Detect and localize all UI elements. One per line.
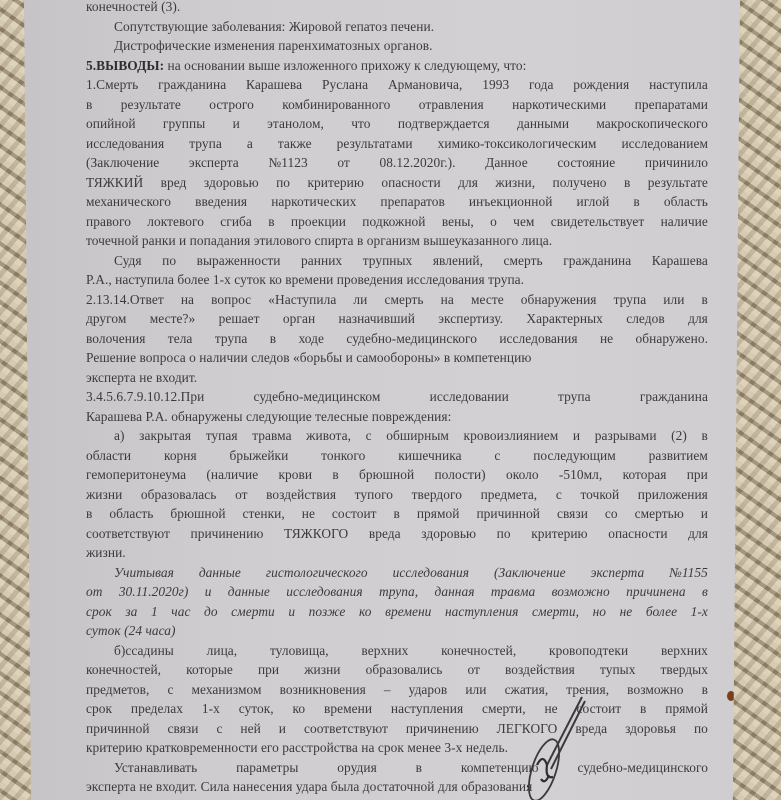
word: кишечника <box>398 446 461 466</box>
word: стенки, <box>243 504 285 524</box>
word: результате <box>648 173 708 193</box>
word: правого <box>86 212 131 232</box>
line-text: конечностей (3). <box>86 0 180 17</box>
word: 08.12.2020г.). <box>379 153 455 173</box>
text-line: врезультатеострогокомбинированногоотравл… <box>86 95 708 115</box>
word: в <box>394 504 400 524</box>
word: судебно-медицинского <box>346 329 477 349</box>
word: при <box>258 660 279 680</box>
line-text: на основании выше изложенного прихожу к … <box>164 56 526 76</box>
word: вреда <box>369 524 401 544</box>
word: ко <box>293 699 306 719</box>
word: 1 <box>151 602 158 622</box>
word: и <box>205 582 212 602</box>
text-line: причиннойсвязиснейисоответствуютпричинен… <box>86 719 708 739</box>
text-line: Р.А., наступила более 1-х суток ко време… <box>86 270 708 290</box>
word: ранних <box>301 251 342 271</box>
word: рождения <box>573 75 629 95</box>
word: назначивший <box>339 309 415 329</box>
word: для <box>688 309 708 329</box>
word: макроскопического <box>596 114 708 134</box>
word: смерти, <box>482 699 526 719</box>
word: воздействия <box>266 485 336 505</box>
word: (2) <box>671 426 687 446</box>
word: тупого <box>355 485 393 505</box>
text-line: б)ссадинылица,туловища,верхнихконечносте… <box>86 641 708 661</box>
word: в <box>270 329 276 349</box>
word: от <box>467 660 479 680</box>
word: ли <box>353 290 367 310</box>
word: в <box>702 680 708 700</box>
text-line: конечностей (3). <box>86 0 708 17</box>
word: механизмом <box>192 680 262 700</box>
word: следов <box>626 309 665 329</box>
word: брыжейки <box>230 446 289 466</box>
word: и <box>701 504 708 524</box>
word: опасности <box>381 173 440 193</box>
word: причинению <box>191 524 264 544</box>
word: проекции <box>291 212 346 232</box>
word: тупая <box>206 426 238 446</box>
word: исследованием <box>621 134 708 154</box>
word: и <box>233 114 240 134</box>
word: времени <box>385 602 431 622</box>
word: или <box>465 680 486 700</box>
text-line: опийнойгруппыиэтанолом,чтоподтверждается… <box>86 114 708 134</box>
word: соответствуют <box>304 719 388 739</box>
word: срок <box>86 699 112 719</box>
word: свидетельствует <box>551 212 645 232</box>
word: введения <box>195 192 247 212</box>
word: о <box>490 212 497 232</box>
section-heading: 5.ВЫВОДЫ: <box>86 56 164 76</box>
word: за <box>125 602 137 622</box>
word: вреда <box>575 719 607 739</box>
word: смерти <box>231 602 275 622</box>
word: верхних <box>661 641 708 661</box>
word: состоит <box>577 699 622 719</box>
word: исследования <box>86 134 164 154</box>
text-line: срокза1часдосмертиипозжековременинаступл… <box>86 602 708 622</box>
word: результате <box>121 95 181 115</box>
word: орган <box>283 309 315 329</box>
word: брюшной <box>359 465 414 485</box>
word: с <box>167 680 173 700</box>
word: группы <box>163 114 205 134</box>
word: орудия <box>337 758 377 778</box>
word: причинению <box>406 719 479 739</box>
word: наркотических <box>271 192 356 212</box>
word: Карашева <box>652 251 708 271</box>
word: в <box>268 212 274 232</box>
word: жизни, <box>495 173 535 193</box>
text-line: а)закрытаятупаятравмаживота,собширнымкро… <box>86 426 708 446</box>
word: вопрос <box>211 290 251 310</box>
word: наступления <box>445 602 519 622</box>
word: Руслана <box>322 75 368 95</box>
word: наступления <box>391 699 463 719</box>
text-line: Решение вопроса о наличии следов «борьбы… <box>86 348 708 368</box>
word: гражданина <box>640 387 708 407</box>
word: времени <box>324 699 372 719</box>
word: 1.Смерть <box>86 75 138 95</box>
word: приложения <box>638 485 708 505</box>
word: наркотическими <box>512 95 606 115</box>
word: и <box>573 426 580 446</box>
word: 1993 <box>482 75 509 95</box>
text-line: вобластьбрюшнойстенки,несостоитвпрямойпр… <box>86 504 708 524</box>
text-line: исследованиятрупаатакжерезультатамихимик… <box>86 134 708 154</box>
word: кровоизлиянием <box>464 426 559 446</box>
word: 1-х <box>202 699 220 719</box>
word: месте <box>471 290 504 310</box>
word: №1123 <box>268 153 307 173</box>
word: по <box>694 719 708 739</box>
word: образовалась <box>141 485 217 505</box>
line-text: Решение вопроса о наличии следов «борьбы… <box>86 348 531 368</box>
word: в <box>86 95 92 115</box>
text-line: жизниобразоваласьотвоздействиятупоготвер… <box>86 485 708 505</box>
word: с <box>556 485 562 505</box>
word: исследования <box>393 563 469 583</box>
word: месте?» <box>150 309 195 329</box>
word: (Заключение <box>494 563 566 583</box>
word: обнаружено. <box>636 329 708 349</box>
text-line: соответствуютпричинениюТЯЖКОГОвредаздоро… <box>86 524 708 544</box>
word: смерти, <box>532 602 579 622</box>
text-line: предметов,смеханизмомвозникновения–ударо… <box>86 680 708 700</box>
word: последующим <box>533 446 616 466</box>
word: в <box>702 582 708 602</box>
word: здоровья <box>625 719 676 739</box>
word: судебно-медицинском <box>254 387 381 407</box>
word: в <box>416 758 422 778</box>
word: Армановича, <box>388 75 462 95</box>
word: исследования <box>499 329 577 349</box>
word: сгиба <box>220 212 252 232</box>
word: инъекционной <box>469 192 553 212</box>
word: -510мл, <box>559 465 602 485</box>
word: вены, <box>442 212 474 232</box>
word: для <box>458 173 478 193</box>
word: на <box>441 290 454 310</box>
word: иглой <box>577 192 610 212</box>
word: связи <box>557 504 588 524</box>
word: трупа <box>558 387 591 407</box>
word: жизни <box>304 660 340 680</box>
line-text: Карашева Р.А. обнаружены следующие телес… <box>86 407 451 427</box>
word: 3.4.5.6.7.9.10.12.При <box>86 387 204 407</box>
line-text: Дистрофические изменения паренхиматозных… <box>114 36 432 56</box>
word: в <box>702 290 708 310</box>
text-line: от30.11.2020г)иданныеисследованиятрупа,д… <box>86 582 708 602</box>
word: трения, <box>566 680 609 700</box>
word: Данное <box>485 153 528 173</box>
word: крови <box>278 465 312 485</box>
text-line: суток (24 часа) <box>86 621 708 641</box>
word: данная <box>435 582 475 602</box>
word: волочения <box>86 329 145 349</box>
word: получено <box>553 173 607 193</box>
word: срок <box>86 602 112 622</box>
word: ней <box>240 719 260 739</box>
word: по <box>162 251 176 271</box>
word: данные <box>228 582 270 602</box>
text-line: Сопутствующие заболевания: Жировой гепат… <box>86 17 708 37</box>
text-line: волочениятелатрупавходесудебно-медицинск… <box>86 329 708 349</box>
word: прямой <box>665 699 708 719</box>
word: верхних <box>361 641 408 661</box>
word: в <box>86 504 92 524</box>
word: связи <box>168 719 199 739</box>
word: отравления <box>419 95 484 115</box>
word: лица, <box>207 641 238 661</box>
word: эксперта <box>189 153 239 173</box>
text-line: точечной ранки и попадания этилового спи… <box>86 231 708 251</box>
word: травма <box>491 582 535 602</box>
word: корня <box>164 446 197 466</box>
text-line: правоголоктевогосгибавпроекцииподкожнойв… <box>86 212 708 232</box>
word: исследования <box>286 582 362 602</box>
word: не <box>544 699 557 719</box>
word: тела <box>168 329 193 349</box>
word: острого <box>209 95 254 115</box>
word: кровоподтеки <box>549 641 628 661</box>
word: результатами <box>337 134 413 154</box>
word: и <box>279 719 286 739</box>
word: возникновения <box>280 680 366 700</box>
word: не <box>620 602 633 622</box>
word: суток, <box>239 699 274 719</box>
word: вред <box>161 173 187 193</box>
word: химико-токсикологическим <box>438 134 597 154</box>
word: точкой <box>580 485 619 505</box>
word: до <box>204 602 218 622</box>
word: области <box>86 446 131 466</box>
word: Характерных <box>526 309 602 329</box>
line-text: суток (24 часа) <box>86 621 176 641</box>
word: гистологического <box>266 563 368 583</box>
word: трупа <box>215 329 248 349</box>
word: «Наступила <box>268 290 336 310</box>
word: данными <box>517 114 569 134</box>
word: данные <box>199 563 241 583</box>
word: сжатия, <box>505 680 549 700</box>
word: гемоперитонеума <box>86 465 186 485</box>
word: опийной <box>86 114 136 134</box>
text-line: 2.13.14.Ответнавопрос«Наступилалисмертьн… <box>86 290 708 310</box>
word: механического <box>86 192 171 212</box>
word: другом <box>86 309 126 329</box>
text-line: Дистрофические изменения паренхиматозных… <box>86 36 708 56</box>
word: от <box>235 485 247 505</box>
text-line: критерию кратковременности его расстройс… <box>86 738 708 758</box>
word: по <box>276 173 290 193</box>
word: локтевого <box>147 212 204 232</box>
word: предметов, <box>86 680 149 700</box>
word: в <box>702 426 708 446</box>
word: в <box>640 699 646 719</box>
word: жизни <box>86 485 122 505</box>
text-line: Карашева Р.А. обнаружены следующие телес… <box>86 407 708 427</box>
text-line: 1.СмертьгражданинаКарашеваРусланаАрманов… <box>86 75 708 95</box>
word: воздействия <box>505 660 575 680</box>
word: критерию <box>531 524 587 544</box>
word: подкожной <box>362 212 425 232</box>
word: Устанавливать <box>114 758 197 778</box>
word: возможно <box>627 680 683 700</box>
word: туловища, <box>270 641 329 661</box>
word: которые <box>186 660 233 680</box>
word: область <box>664 192 708 212</box>
text-line: конечностей,которыеприжизниобразовалисьо… <box>86 660 708 680</box>
word: причинной <box>86 719 150 739</box>
word: по <box>497 524 511 544</box>
word: при <box>687 465 708 485</box>
word: или <box>663 290 684 310</box>
text-line: механическоговведениянаркотическихпрепар… <box>86 192 708 212</box>
word: твердого <box>412 485 462 505</box>
word: обширным <box>386 426 449 446</box>
text-line: эксперта не входит. <box>86 368 708 388</box>
word: подтверждается <box>398 114 490 134</box>
word: 30.11.2020г) <box>119 582 189 602</box>
word: не <box>600 329 613 349</box>
word: критерию <box>307 173 363 193</box>
word: твердых <box>661 660 708 680</box>
text-line: Судяповыраженностираннихтрупныхявлений,с… <box>86 251 708 271</box>
word: причинило <box>645 153 708 173</box>
word: наличие <box>661 212 708 232</box>
word: позже <box>309 602 346 622</box>
word: около <box>506 465 539 485</box>
line-text: критерию кратковременности его расстройс… <box>86 738 508 758</box>
word: препаратами <box>635 95 708 115</box>
word: компетенцию <box>461 758 539 778</box>
word: ходе <box>299 329 324 349</box>
line-text: жизни. <box>86 543 126 563</box>
word: развитием <box>649 446 708 466</box>
word: решает <box>219 309 260 329</box>
word: б)ссадины <box>114 641 174 661</box>
word: прямой <box>417 504 460 524</box>
word: здоровью <box>421 524 476 544</box>
word: с <box>216 719 222 739</box>
word: ТЯЖКОГО <box>284 524 348 544</box>
text-line: другомместе?»решаеторганназначившийэкспе… <box>86 309 708 329</box>
word: от <box>337 153 349 173</box>
word: Учитывая <box>114 563 174 583</box>
word: трупных <box>363 251 413 271</box>
word: – <box>384 680 391 700</box>
word: от <box>86 582 102 602</box>
text-line: Устанавливатьпараметрыорудиявкомпетенцию… <box>86 758 708 778</box>
word: для <box>688 524 708 544</box>
word: опасности <box>608 524 667 544</box>
word: судебно-медицинского <box>577 758 708 778</box>
word: в <box>633 192 639 212</box>
word: причинной <box>476 504 540 524</box>
word: 1-х <box>691 602 708 622</box>
word: смертью <box>635 504 684 524</box>
word: эксперта <box>591 563 645 583</box>
word: конечностей, <box>441 641 516 661</box>
text-line: гемоперитонеума(наличиекровивбрюшнойполо… <box>86 465 708 485</box>
text-line: областикорнябрыжейкитонкогокишечникаспос… <box>86 446 708 466</box>
word: более <box>646 602 677 622</box>
text-line: 3.4.5.6.7.9.10.12.Присудебно-медицинском… <box>86 387 708 407</box>
word: также <box>278 134 312 154</box>
word: пределах <box>131 699 183 719</box>
word: комбинированного <box>282 95 390 115</box>
word: с <box>366 426 372 446</box>
word: наступила <box>649 75 708 95</box>
word: травма <box>252 426 291 446</box>
word: Карашева <box>246 75 302 95</box>
word: в <box>332 465 338 485</box>
line-text: Сопутствующие заболевания: Жировой гепат… <box>114 17 434 37</box>
word: экспертизу. <box>438 309 503 329</box>
word: закрытая <box>139 426 191 446</box>
word: брюшной <box>170 504 225 524</box>
word: полости) <box>434 465 485 485</box>
word: состояние <box>557 153 615 173</box>
document-body: конечностей (3).Сопутствующие заболевани… <box>86 0 708 797</box>
word: этанолом, <box>267 114 324 134</box>
word: ко <box>359 602 372 622</box>
word: исследовании <box>430 387 509 407</box>
word: гражданина <box>158 75 226 95</box>
word: препаратов <box>380 192 444 212</box>
word: не <box>302 504 315 524</box>
word: явлений, <box>433 251 483 271</box>
word: образовались <box>366 660 443 680</box>
word: которая <box>623 465 667 485</box>
word: и <box>288 602 295 622</box>
text-line: жизни. <box>86 543 708 563</box>
word: 2.13.14.Ответ <box>86 290 164 310</box>
word: трупа <box>614 290 647 310</box>
word: трупа, <box>379 582 418 602</box>
word: (Заключение <box>86 153 159 173</box>
word: а <box>247 134 253 154</box>
word: а) <box>114 426 125 446</box>
text-line: срокпределах1-хсуток,ковременинаступлени… <box>86 699 708 719</box>
word: выраженности <box>197 251 281 271</box>
word: но <box>593 602 606 622</box>
word: состоит <box>332 504 377 524</box>
text-line: (Заключениеэксперта№1123от08.12.2020г.).… <box>86 153 708 173</box>
word: обнаружения <box>521 290 597 310</box>
word: час <box>171 602 190 622</box>
text-line: ТЯЖКИЙвредздоровьюпокритериюопасностидля… <box>86 173 708 193</box>
text-line: 5.ВЫВОДЫ: на основании выше изложенного … <box>86 56 708 76</box>
word: тупых <box>600 660 635 680</box>
word: гражданина <box>563 251 631 271</box>
word: возможно <box>552 582 610 602</box>
word: со <box>605 504 618 524</box>
word: ЛЕГКОГО <box>497 719 558 739</box>
word: область <box>109 504 153 524</box>
line-text: точечной ранки и попадания этилового спи… <box>86 231 552 251</box>
word: что <box>351 114 370 134</box>
word: с <box>494 446 500 466</box>
word: года <box>529 75 553 95</box>
word: смерть <box>504 251 543 271</box>
document-page: конечностей (3).Сопутствующие заболевани… <box>24 0 740 800</box>
line-text: эксперта не входит. <box>86 368 197 388</box>
word: предмета, <box>481 485 538 505</box>
